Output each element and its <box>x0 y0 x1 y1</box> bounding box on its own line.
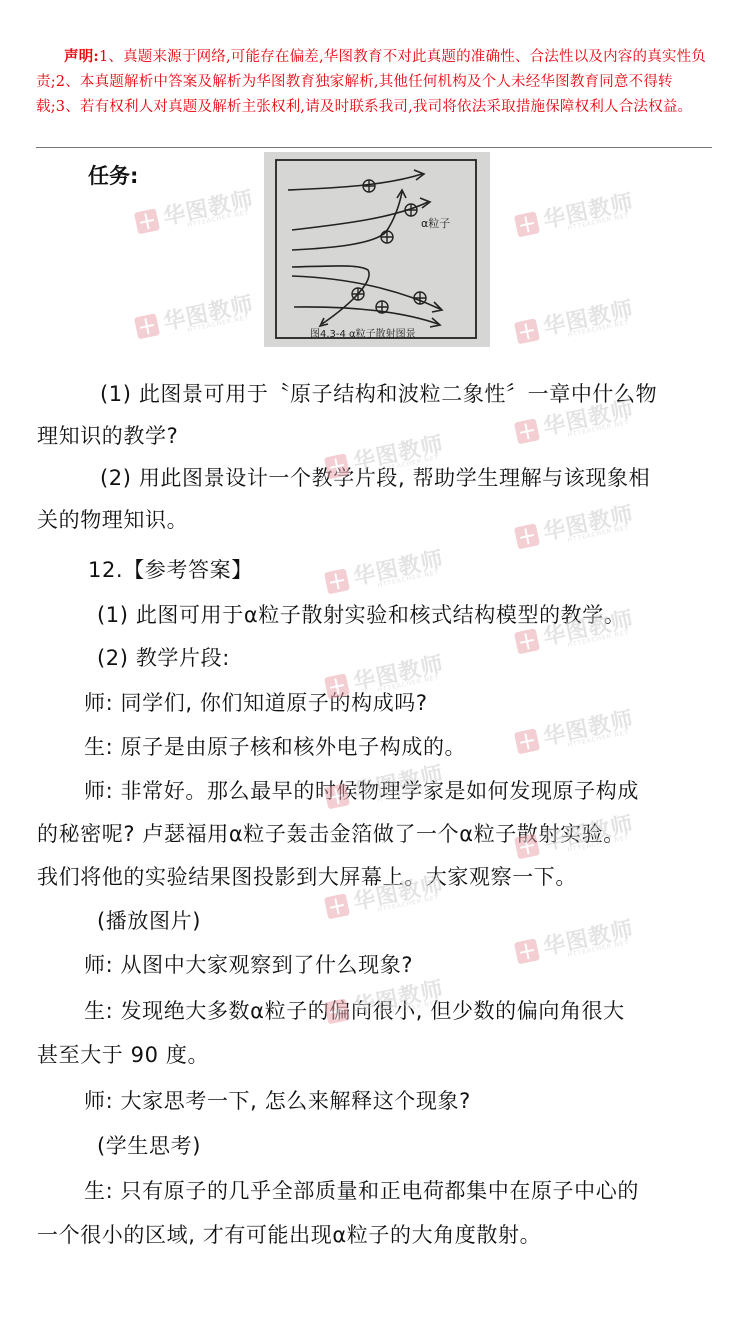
watermark: 华图教师HTTEACHER.NET <box>511 690 668 770</box>
question-2-line-2: 关的物理知识。 <box>37 499 188 541</box>
dialogue-teacher-4: 师: 大家思考一下, 怎么来解释这个现象? <box>84 1080 471 1122</box>
dialogue-teacher-3: 师: 从图中大家观察到了什么现象? <box>84 944 413 986</box>
alpha-scattering-figure: α粒子 图4.3-4 α粒子散射图景 <box>264 152 490 347</box>
watermark-logo-icon <box>514 318 540 344</box>
stage-direction-1: (播放图片) <box>97 900 201 942</box>
task-label: 任务: <box>88 160 138 190</box>
answer-part-2-heading: (2) 教学片段: <box>97 637 230 679</box>
watermark: 华图教师HTTEACHER.NET <box>511 900 668 980</box>
dialogue-student-2-line-2: 甚至大于 90 度。 <box>37 1034 209 1076</box>
dialogue-teacher-2-line-1: 师: 非常好。那么最早的时候物理学家是如何发现原子构成 <box>84 770 639 812</box>
dialogue-student-2-line-1: 生: 发现绝大多数α粒子的偏向很小, 但少数的偏向角很大 <box>84 990 625 1032</box>
watermark-logo-icon <box>514 418 540 444</box>
figure-annotation: α粒子 <box>421 216 450 230</box>
dialogue-teacher-1: 师: 同学们, 你们知道原子的构成吗? <box>84 682 428 724</box>
watermark-logo-icon <box>514 938 540 964</box>
watermark-logo-icon <box>514 211 540 237</box>
dialogue-student-1: 生: 原子是由原子核和核外电子构成的。 <box>84 726 466 768</box>
dialogue-student-3-line-2: 一个很小的区域, 才有可能出现α粒子的大角度散射。 <box>37 1214 541 1256</box>
watermark-logo-icon <box>514 523 540 549</box>
disclaimer-text: 1、真题来源于网络,可能存在偏差,华图教育不对此真题的准确性、合法性以及内容的真… <box>36 49 706 115</box>
figure-caption: 图4.3-4 α粒子散射图景 <box>310 327 416 340</box>
watermark: 华图教师HTTEACHER.NET <box>511 173 668 253</box>
disclaimer: 声明:1、真题来源于网络,可能存在偏差,华图教育不对此真题的准确性、合法性以及内… <box>36 44 712 120</box>
question-1-line-1: (1) 此图景可用于〝原子结构和波粒二象性〞一章中什么物 <box>100 373 657 415</box>
watermark-logo-icon <box>324 568 350 594</box>
question-2-line-1: (2) 用此图景设计一个教学片段, 帮助学生理解与该现象相 <box>100 457 650 499</box>
disclaimer-lead: 声明: <box>64 48 99 65</box>
divider <box>36 147 712 148</box>
dialogue-teacher-2-line-3: 我们将他的实验结果图投影到大屏幕上。大家观察一下。 <box>37 856 577 898</box>
question-1-line-2: 理知识的教学? <box>37 415 178 457</box>
dialogue-teacher-2-line-2: 的秘密呢? 卢瑟福用α粒子轰击金箔做了一个α粒子散射实验。 <box>37 813 625 855</box>
watermark-logo-icon <box>134 208 160 234</box>
stage-direction-2: (学生思考) <box>97 1125 201 1167</box>
scattering-sketch: α粒子 图4.3-4 α粒子散射图景 <box>264 152 490 347</box>
watermark-logo-icon <box>514 728 540 754</box>
watermark-logo-icon <box>134 313 160 339</box>
answer-part-1: (1) 此图可用于α粒子散射实验和核式结构模型的教学。 <box>97 594 625 636</box>
answer-heading: 12.【参考答案】 <box>88 549 253 591</box>
watermark: 华图教师HTTEACHER.NET <box>511 280 668 360</box>
dialogue-student-3-line-1: 生: 只有原子的几乎全部质量和正电荷都集中在原子中心的 <box>84 1170 639 1212</box>
